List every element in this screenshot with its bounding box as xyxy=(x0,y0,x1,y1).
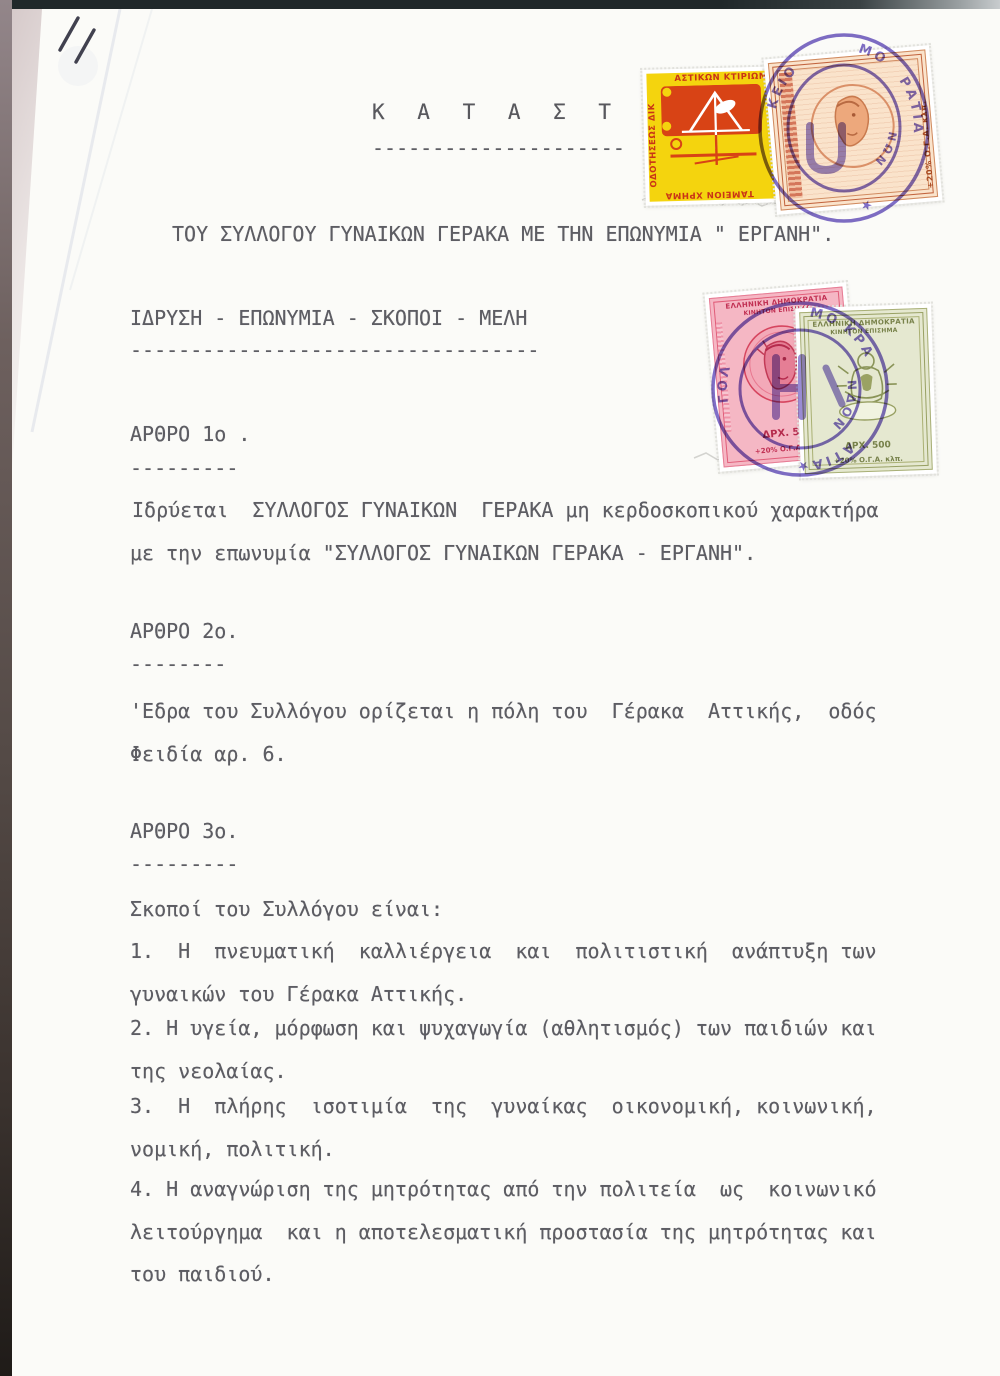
article-3-line: 3. Η πλήρης ισοτιμία της γυναίκας οικονο… xyxy=(130,1094,877,1118)
handwritten-mark xyxy=(50,8,130,72)
article-3-line: 2. Η υγεία, μόρφωση και ψυχαγωγία (αθλητ… xyxy=(130,1016,877,1040)
article-3-line: της νεολαίας. xyxy=(130,1059,287,1083)
article-1-underline: --------- xyxy=(130,456,238,480)
round-ink-stamp-middle: ΜΟ ΚΡΑ ΝΔΟΝ ΑΤΙΑ ★ ΓΟΛ xyxy=(702,292,898,488)
article-3-line: Σκοποί του Συλλόγου είναι: xyxy=(130,897,443,921)
svg-text:ΜΟ: ΜΟ xyxy=(808,305,842,329)
article-1-heading: ΑΡΘΡΟ 1ο . xyxy=(130,422,250,446)
svg-text:★: ★ xyxy=(856,196,875,215)
round-ink-stamp-top: ΜΟ ΡΑΤΙΑ ★ ΚΕΙΟ ΝΩΝ xyxy=(748,26,940,226)
article-2-line: Φειδία αρ. 6. xyxy=(130,742,287,766)
article-3-line: λειτούργημα και η αποτελεσματική προστασ… xyxy=(130,1220,877,1244)
document-subtitle: ΤΟΥ ΣΥΛΛΟΓΟΥ ΓΥΝΑΙΚΩΝ ΓΕΡΑΚΑ ΜΕ ΤΗΝ ΕΠΩΝ… xyxy=(172,222,834,246)
article-3-line: γυναικών του Γέρακα Αττικής. xyxy=(130,982,467,1006)
section-underline: ---------------------------------- xyxy=(130,338,539,362)
scan-edge-top xyxy=(0,0,1000,9)
article-3-heading: ΑΡΘΡΟ 3ο. xyxy=(130,819,238,843)
section-heading: ΙΔΡΥΣΗ - ΕΠΩΝΥΜΙΑ - ΣΚΟΠΟΙ - ΜΕΛΗ xyxy=(130,306,527,330)
article-3-line: 1. Η πνευματική καλλιέργεια και πολιτιστ… xyxy=(130,939,877,963)
svg-text:ΓΟΛ: ΓΟΛ xyxy=(716,362,735,404)
stamp-border-text-left: ΟΔΟΤΗΣΕΩΣ ΔΙΚ xyxy=(647,84,660,188)
page-corner-fold xyxy=(12,9,42,469)
scan-edge-left xyxy=(0,0,12,1376)
article-2-line: 'Εδρα του Συλλόγου ορίζεται η πόλη του Γ… xyxy=(130,699,877,723)
article-3-line: του παιδιού. xyxy=(130,1262,275,1286)
article-3-underline: --------- xyxy=(130,852,238,876)
article-1-line: Ιδρύεται ΣΥΛΛΟΓΟΣ ΓΥΝΑΙΚΩΝ ΓΕΡΑΚΑ μη κερ… xyxy=(132,498,879,522)
svg-text:★: ★ xyxy=(794,458,809,473)
title-underline: --------------------- xyxy=(372,136,625,160)
article-2-underline: -------- xyxy=(130,652,226,676)
article-3-line: 4. Η αναγνώριση της μητρότητας από την π… xyxy=(130,1177,877,1201)
scanned-statute-page: { "page": { "handwritten_mark": "//" }, … xyxy=(0,0,1000,1376)
svg-text:ΝΩΝ: ΝΩΝ xyxy=(871,130,899,169)
article-3-line: νομική, πολιτική. xyxy=(130,1137,335,1161)
article-1-line: με την επωνυμία "ΣΥΛΛΟΓΟΣ ΓΥΝΑΙΚΩΝ ΓΕΡΑΚ… xyxy=(130,541,756,565)
article-2-heading: ΑΡΘΡΟ 2ο. xyxy=(130,619,238,643)
